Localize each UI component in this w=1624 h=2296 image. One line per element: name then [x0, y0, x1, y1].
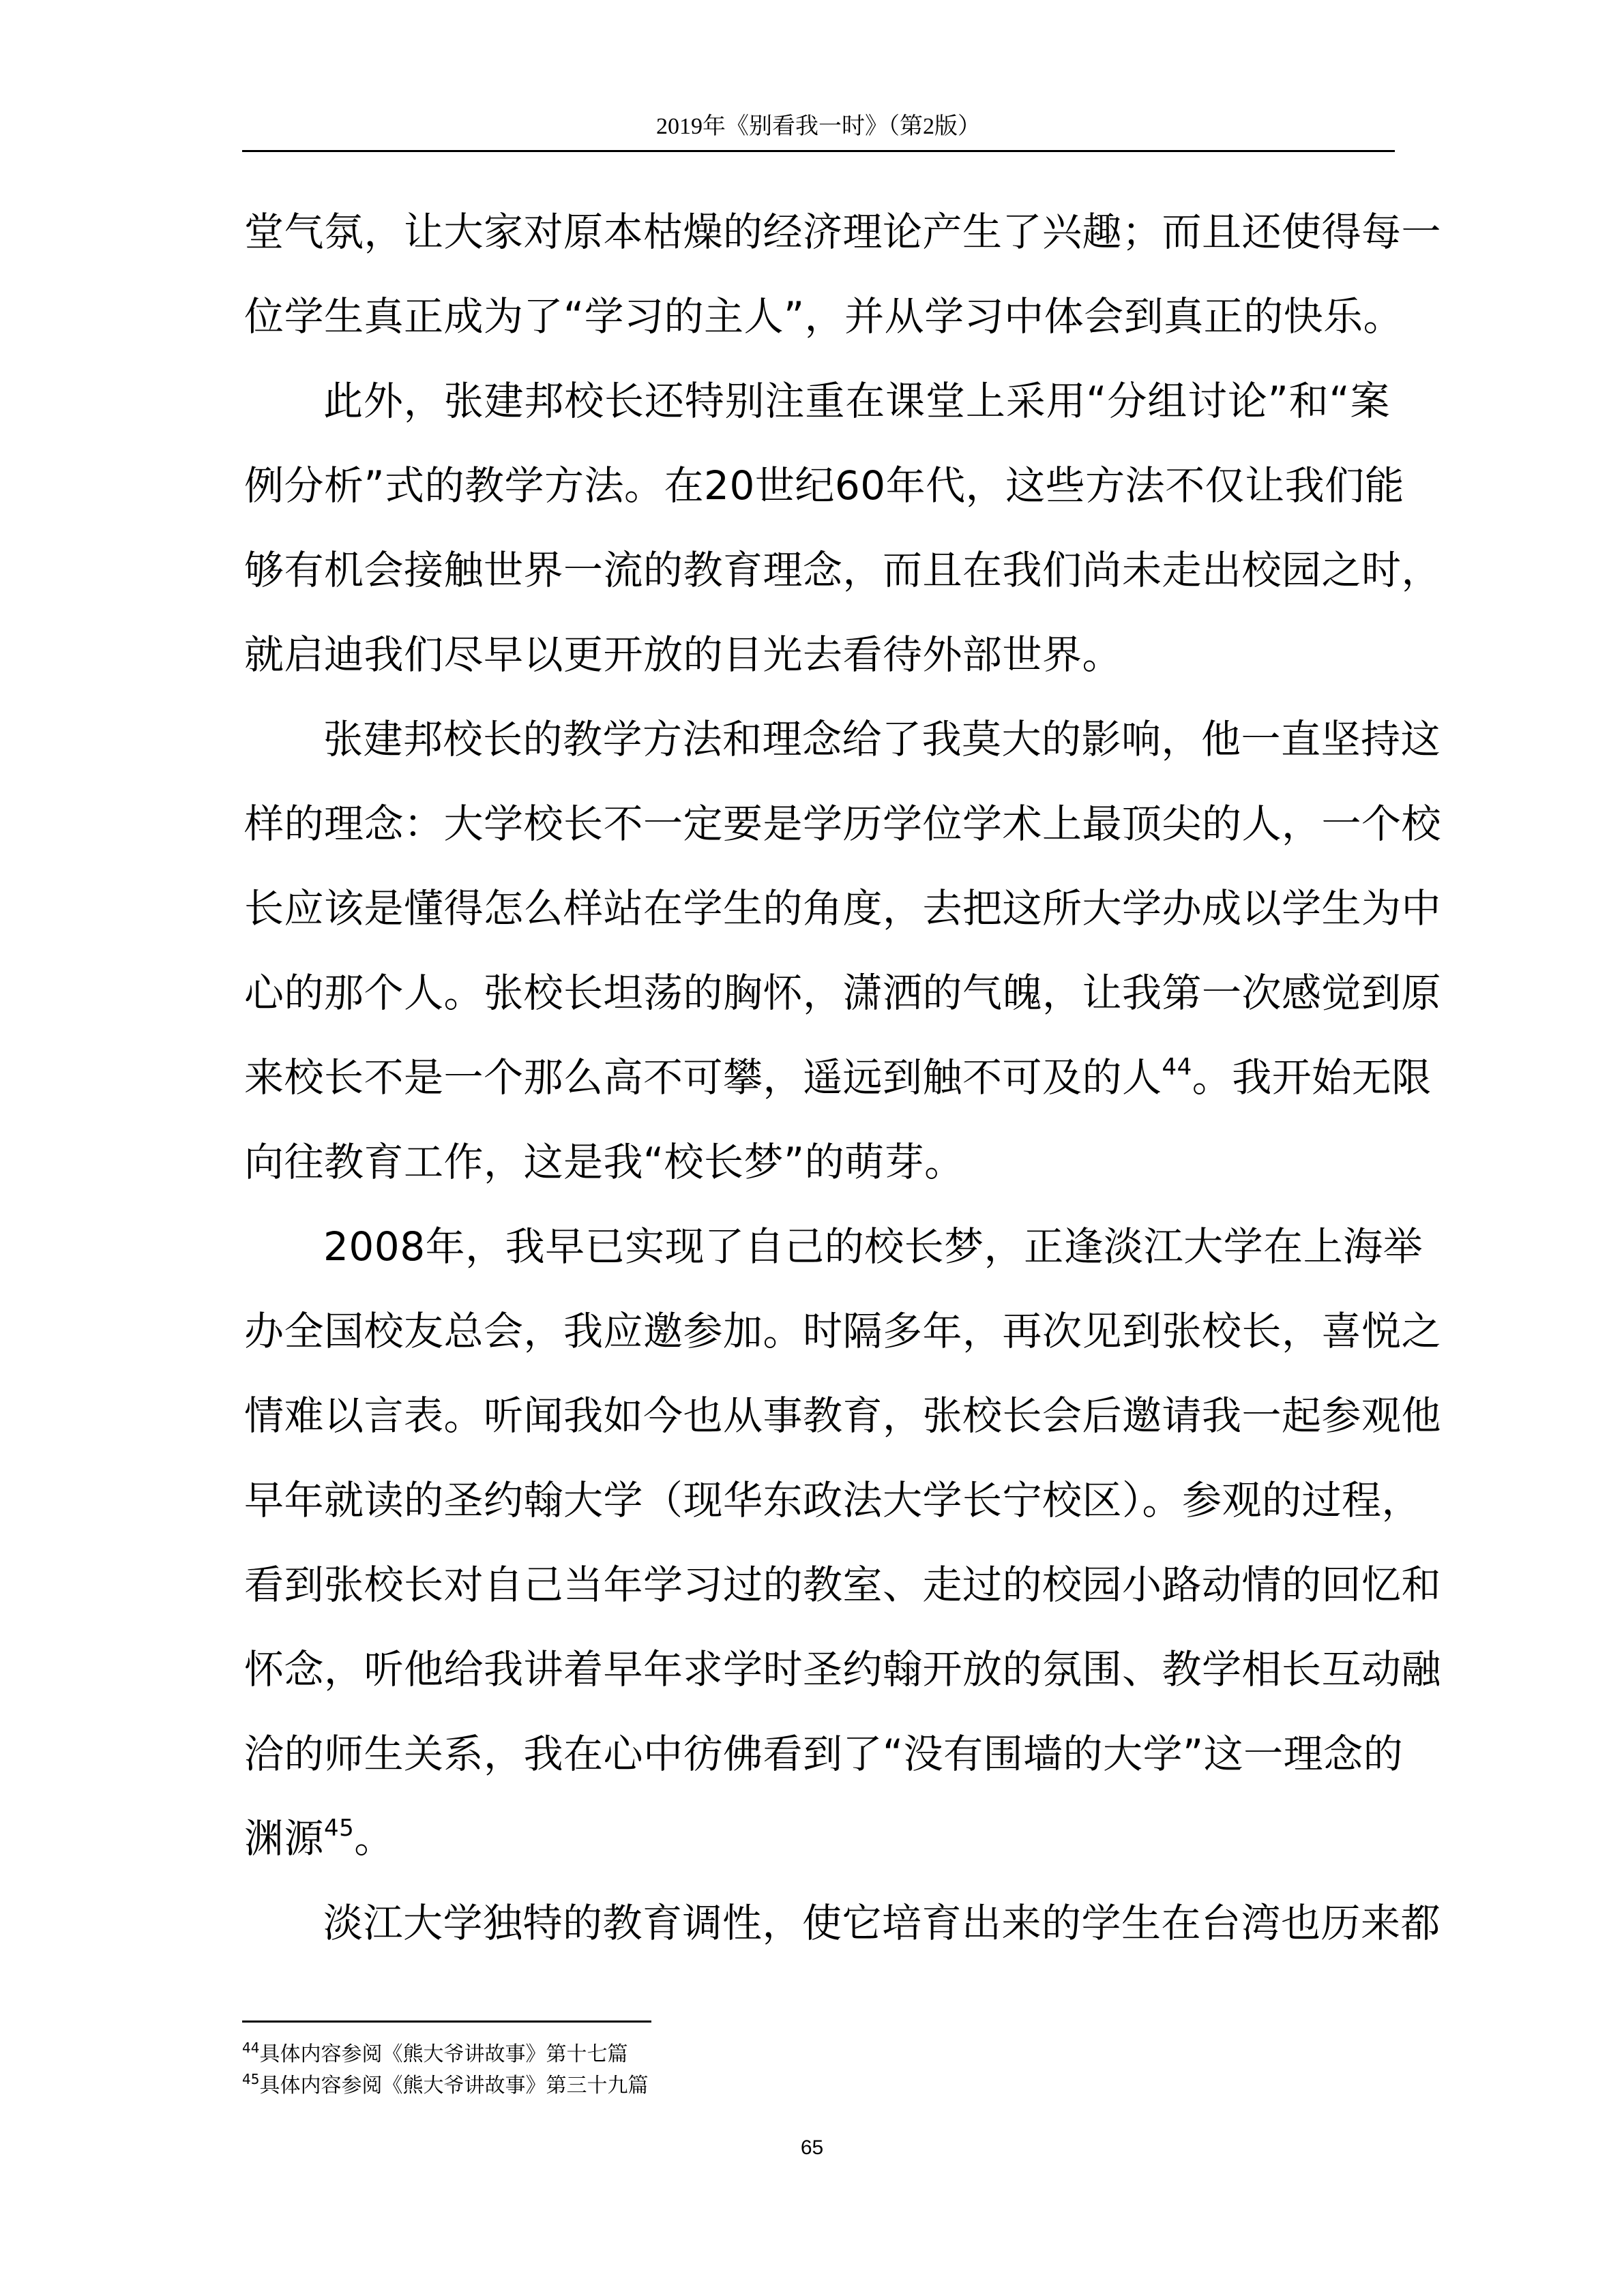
paragraph-start: 2008年，我早已实现了自己的校长梦，正逢淡江大学在上海举 [244, 1204, 1390, 1289]
footnote-ref-44[interactable]: 44 [1162, 1054, 1192, 1081]
text-line: 洽的师生关系，我在心中彷佛看到了“没有围墙的大学”这一理念的 [244, 1712, 1390, 1796]
running-header: 2019年《别看我一时》（第2版） [242, 112, 1395, 142]
footnotes: 44具体内容参阅《熊大爷讲故事》第十七篇 45具体内容参阅《熊大爷讲故事》第三十… [242, 2039, 1333, 2102]
paragraph-start: 淡江大学独特的教育调性，使它培育出来的学生在台湾也历来都 [244, 1881, 1390, 1965]
text-line: 渊源45。 [244, 1796, 1390, 1881]
text-line: 位学生真正成为了“学习的主人”，并从学习中体会到真正的快乐。 [244, 274, 1390, 359]
text-line: 情难以言表。听闻我如今也从事教育，张校长会后邀请我一起参观他 [244, 1373, 1390, 1458]
footnote-44: 44具体内容参阅《熊大爷讲故事》第十七篇 [242, 2039, 1333, 2070]
text-line: 就启迪我们尽早以更开放的目光去看待外部世界。 [244, 612, 1390, 697]
text-line: 看到张校长对自己当年学习过的教室、走过的校园小路动情的回忆和 [244, 1542, 1390, 1627]
footnote-ref-45[interactable]: 45 [324, 1815, 354, 1842]
footnote-45: 45具体内容参阅《熊大爷讲故事》第三十九篇 [242, 2070, 1333, 2102]
footnote-divider [242, 2021, 651, 2023]
text-line: 堂气氛，让大家对原本枯燥的经济理论产生了兴趣；而且还使得每一 [244, 190, 1390, 274]
text-line: 够有机会接触世界一流的教育理念，而且在我们尚未走出校园之时， [244, 528, 1390, 612]
header-divider [242, 150, 1395, 152]
text-line: 来校长不是一个那么高不可攀，遥远到触不可及的人44。我开始无限 [244, 1035, 1390, 1120]
page-number: 65 [0, 2136, 1624, 2160]
body-text: 堂气氛，让大家对原本枯燥的经济理论产生了兴趣；而且还使得每一 位学生真正成为了“… [244, 190, 1390, 1965]
text-line: 心的那个人。张校长坦荡的胸怀，潇洒的气魄，让我第一次感觉到原 [244, 951, 1390, 1035]
paragraph-start: 张建邦校长的教学方法和理念给了我莫大的影响，他一直坚持这 [244, 697, 1390, 781]
text-line: 办全国校友总会，我应邀参加。时隔多年，再次见到张校长，喜悦之 [244, 1289, 1390, 1373]
text-line: 向往教育工作，这是我“校长梦”的萌芽。 [244, 1120, 1390, 1204]
text-line: 样的理念：大学校长不一定要是学历学位学术上最顶尖的人，一个校 [244, 781, 1390, 866]
text-line: 长应该是懂得怎么样站在学生的角度，去把这所大学办成以学生为中 [244, 866, 1390, 951]
text-line: 例分析”式的教学方法。在20世纪60年代，这些方法不仅让我们能 [244, 443, 1390, 528]
text-line: 怀念，听他给我讲着早年求学时圣约翰开放的氛围、教学相长互动融 [244, 1627, 1390, 1712]
paragraph-start: 此外，张建邦校长还特别注重在课堂上采用“分组讨论”和“案 [244, 359, 1390, 443]
text-line: 早年就读的圣约翰大学（现华东政法大学长宁校区）。参观的过程， [244, 1458, 1390, 1542]
